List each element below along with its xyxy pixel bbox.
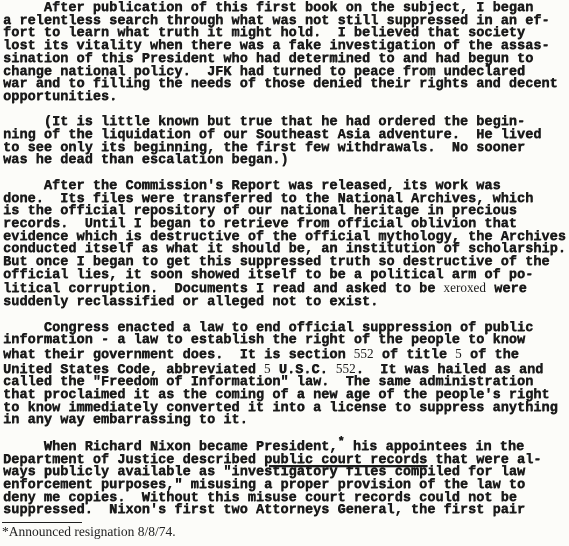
footnote: *Announced resignation 8/8/74. xyxy=(2,522,176,539)
text-line: in any way embarrassing to it. xyxy=(3,415,569,428)
text-segment: in any way embarrassing to it. xyxy=(3,413,248,428)
text-line: suppressed. Nixon's first two Attorneys … xyxy=(3,505,569,518)
paragraph: (It is little known but true that he had… xyxy=(3,117,569,168)
inserted-text-segment: 552 xyxy=(354,346,374,361)
text-line: suddenly reclassified or alleged not to … xyxy=(3,297,569,310)
document-body: After publication of this first book on … xyxy=(3,3,569,518)
footnote-marker-asterisk: * xyxy=(337,435,344,449)
text-line: opportunities. xyxy=(3,92,569,105)
text-segment: suppressed. Nixon's first two Attorneys … xyxy=(3,503,525,518)
text-segment: suddenly reclassified or alleged not to … xyxy=(3,295,378,310)
text-segment: were xyxy=(486,282,527,297)
text-segment: what their government does. It is sectio… xyxy=(3,348,354,363)
text-segment: opportunities. xyxy=(3,90,117,105)
text-segment: of title xyxy=(374,348,456,363)
scanned-document-page: After publication of this first book on … xyxy=(0,0,569,546)
text-line: was he dead than escalation began.) xyxy=(3,155,569,168)
inserted-text-segment: 552 xyxy=(336,361,356,376)
footnote-text: *Announced resignation 8/8/74. xyxy=(2,524,176,539)
paragraph: After the Commission's Report was releas… xyxy=(3,181,569,310)
inserted-text-segment: 5 xyxy=(455,346,462,361)
inserted-text-segment: 5 xyxy=(264,361,271,376)
paragraph: When Richard Nixon became President,* hi… xyxy=(3,441,569,518)
text-segment: of the xyxy=(462,348,519,363)
text-segment: was he dead than escalation began.) xyxy=(3,153,289,168)
text-segment: information - a law to establish the rig… xyxy=(3,333,525,348)
paragraph: Congress enacted a law to end official s… xyxy=(3,323,569,429)
text-line: information - a law to establish the rig… xyxy=(3,335,569,348)
inserted-text-segment: xeroxed xyxy=(444,280,486,295)
text-line: what their government does. It is sectio… xyxy=(3,348,569,363)
paragraph: After publication of this first book on … xyxy=(3,3,569,105)
